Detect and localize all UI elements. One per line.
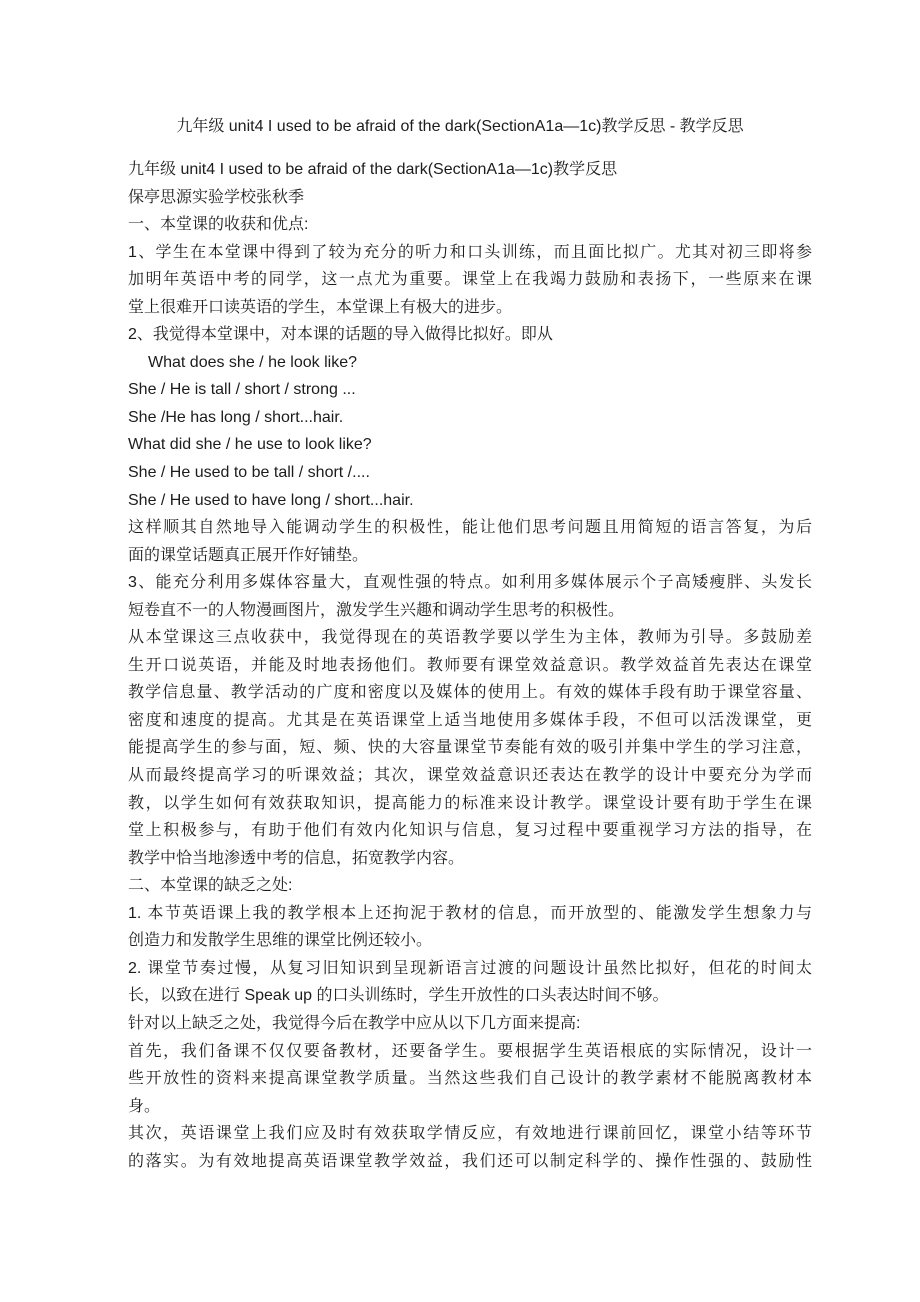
document-body: 九年级 unit4 I used to be afraid of the dar… (128, 156, 812, 1175)
document-line: 3、能充分利用多媒体容量大，直观性强的特点。如利用多媒体展示个子高矮瘦胖、头发长 (128, 569, 812, 597)
document-line: 面的课堂话题真正展开作好铺垫。 (128, 542, 812, 570)
document-line: 的落实。为有效地提高英语课堂教学效益，我们还可以制定科学的、操作性强的、鼓励性 (128, 1148, 812, 1176)
document-line: 能提高学生的参与面，短、频、快的大容量课堂节奏能有效的吸引并集中学生的学习注意， (128, 734, 812, 762)
document-line: What did she / he use to look like? (128, 431, 812, 459)
document-title: 九年级 unit4 I used to be afraid of the dar… (0, 113, 920, 141)
document-line: 创造力和发散学生思维的课堂比例还较小。 (128, 927, 812, 955)
document-line: 保亭思源实验学校张秋季 (128, 184, 812, 212)
document-line: What does she / he look like? (128, 349, 812, 377)
document-line: 生开口说英语，并能及时地表扬他们。教师要有课堂效益意识。教学效益首先表达在课堂 (128, 652, 812, 680)
document-line: 2. 课堂节奏过慢，从复习旧知识到呈现新语言过渡的问题设计虽然比拟好，但花的时间… (128, 955, 812, 983)
document-line: She /He has long / short...hair. (128, 404, 812, 432)
document-line: 这样顺其自然地导入能调动学生的积极性，能让他们思考问题且用简短的语言答复，为后 (128, 514, 812, 542)
document-line: 二、本堂课的缺乏之处: (128, 872, 812, 900)
document-line: 一、本堂课的收获和优点: (128, 211, 812, 239)
document-line: She / He used to be tall / short /.... (128, 459, 812, 487)
document-line: 首先，我们备课不仅仅要备教材，还要备学生。要根据学生英语根底的实际情况，设计一 (128, 1038, 812, 1066)
document-line: 教，以学生如何有效获取知识，提高能力的标准来设计教学。课堂设计要有助于学生在课 (128, 790, 812, 818)
document-line: 短卷直不一的人物漫画图片，激发学生兴趣和调动学生思考的积极性。 (128, 597, 812, 625)
document-line: 堂上积极参与，有助于他们有效内化知识与信息，复习过程中要重视学习方法的指导，在 (128, 817, 812, 845)
document-line: 1、学生在本堂课中得到了较为充分的听力和口头训练，而且面比拟广。尤其对初三即将参 (128, 239, 812, 267)
document-line: 身。 (128, 1093, 812, 1121)
document-page: 九年级 unit4 I used to be afraid of the dar… (0, 0, 920, 1302)
document-line: 教学中恰当地渗透中考的信息，拓宽教学内容。 (128, 845, 812, 873)
document-line: 从而最终提高学习的听课效益；其次，课堂效益意识还表达在教学的设计中要充分为学而 (128, 762, 812, 790)
document-line: 2、我觉得本堂课中，对本课的话题的导入做得比拟好。即从 (128, 321, 812, 349)
document-line: 其次，英语课堂上我们应及时有效获取学情反应，有效地进行课前回忆，课堂小结等环节 (128, 1120, 812, 1148)
document-line: 些开放性的资料来提高课堂教学质量。当然这些我们自己设计的教学素材不能脱离教材本 (128, 1065, 812, 1093)
document-line: 1. 本节英语课上我的教学根本上还拘泥于教材的信息，而开放型的、能激发学生想象力… (128, 900, 812, 928)
document-line: 密度和速度的提高。尤其是在英语课堂上适当地使用多媒体手段，不但可以活泼课堂，更 (128, 707, 812, 735)
document-line: 长，以致在进行 Speak up 的口头训练时，学生开放性的口头表达时间不够。 (128, 982, 812, 1010)
document-line: She / He is tall / short / strong ... (128, 376, 812, 404)
document-line: 从本堂课这三点收获中，我觉得现在的英语教学要以学生为主体，教师为引导。多鼓励差 (128, 624, 812, 652)
document-line: 教学信息量、教学活动的广度和密度以及媒体的使用上。有效的媒体手段有助于课堂容量、 (128, 679, 812, 707)
document-line: 加明年英语中考的同学，这一点尤为重要。课堂上在我竭力鼓励和表扬下，一些原来在课 (128, 266, 812, 294)
document-line: 九年级 unit4 I used to be afraid of the dar… (128, 156, 812, 184)
document-line: 针对以上缺乏之处，我觉得今后在教学中应从以下几方面来提高: (128, 1010, 812, 1038)
document-line: She / He used to have long / short...hai… (128, 487, 812, 515)
document-line: 堂上很难开口读英语的学生，本堂课上有极大的进步。 (128, 294, 812, 322)
